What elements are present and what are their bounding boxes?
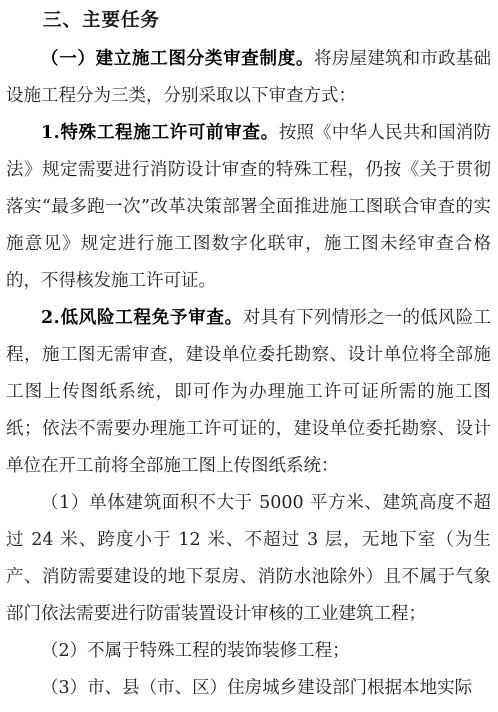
paragraph-lead: 2.低风险工程免予审查。 bbox=[41, 308, 243, 328]
list-item-text: （1）单体建筑面积不大于 5000 平方米、建筑高度不超过 24 米、跨度小于 … bbox=[6, 493, 491, 624]
paragraph-classification-system: （一）建立施工图分类审查制度。将房屋建筑和市政基础设施工程分为三类，分别采取以下… bbox=[6, 41, 491, 115]
paragraph-low-risk-projects: 2.低风险工程免予审查。对具有下列情形之一的低风险工程，施工图无需审查，建设单位… bbox=[6, 300, 491, 485]
paragraph-lead: 1.特殊工程施工许可前审查。 bbox=[41, 123, 279, 143]
document-page: 三、主要任务 （一）建立施工图分类审查制度。将房屋建筑和市政基础设施工程分为三类… bbox=[0, 0, 498, 712]
list-item-text: （3）市、县（市、区）住房城乡建设部门根据本地实际 bbox=[41, 678, 472, 698]
list-item-text: （2）不属于特殊工程的装饰装修工程； bbox=[41, 641, 350, 661]
list-item-1: （1）单体建筑面积不大于 5000 平方米、建筑高度不超过 24 米、跨度小于 … bbox=[6, 485, 491, 633]
list-item-3: （3）市、县（市、区）住房城乡建设部门根据本地实际 bbox=[6, 670, 491, 707]
section-heading: 三、主要任务 bbox=[6, 2, 491, 39]
paragraph-special-projects: 1.特殊工程施工许可前审查。按照《中华人民共和国消防法》规定需要进行消防设计审查… bbox=[6, 115, 491, 300]
paragraph-text: 对具有下列情形之一的低风险工程，施工图无需审查，建设单位委托勘察、设计单位将全部… bbox=[6, 308, 491, 476]
list-item-2: （2）不属于特殊工程的装饰装修工程； bbox=[6, 633, 491, 670]
paragraph-text: 按照《中华人民共和国消防法》规定需要进行消防设计审查的特殊工程，仍按《关于贯彻落… bbox=[6, 123, 491, 291]
paragraph-lead: （一）建立施工图分类审查制度。 bbox=[41, 49, 314, 69]
